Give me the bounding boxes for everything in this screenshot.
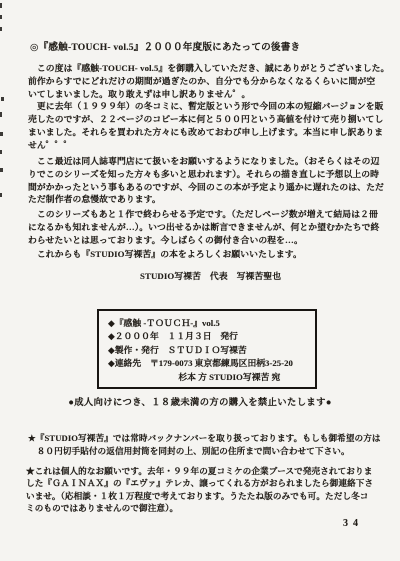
- scan-artifact: [0, 27, 2, 31]
- colophon-box: ◆『感触 -ＴＯＵＣＨ-』vol.5 ◆２０００年 １１月３日 発行 ◆製作・発…: [97, 309, 317, 389]
- scan-artifact: [0, 112, 2, 117]
- scan-artifact: [0, 193, 2, 197]
- title-text: 『感触-TOUCH- vol.5』２０００年度版にあたっての後書き: [39, 42, 301, 53]
- afterword-paragraph-3: このシリーズもあと１作で終わらせる予定です。（ただしページ数が増えて結局は２冊 …: [28, 208, 379, 246]
- scan-artifact: [1, 97, 4, 101]
- colophon-line-date: ◆２０００年 １１月３日 発行: [108, 330, 311, 343]
- page-number: 34: [343, 518, 363, 531]
- afterword-paragraph-2: ここ最近は同人誌専門店にて扱いをお願いするようになりました。（おそらくはその辺 …: [28, 155, 384, 206]
- footnote-backnumber: ★『STUDIO写裸苦』では常時バックナンバーを取り扱っております。もしも御希望…: [28, 432, 381, 457]
- colophon-line-title: ◆『感触 -ＴＯＵＣＨ-』vol.5: [108, 317, 311, 330]
- footnote-telecard-request: ★これは個人的なお願いです。去年・９９年の夏コミケの企業ブースで発売されておりま…: [26, 465, 373, 514]
- adult-only-notice: ●成人向けにつき、１８歳未満の方の購入を禁止いたします●: [0, 397, 400, 410]
- colophon-line-publisher: ◆製作・発行 ＳＴＵＤＩＯ写裸苦: [108, 344, 311, 357]
- afterword-paragraph-4: これからも『STUDIO写裸苦』の本をよろしくお願いいたします。: [28, 248, 302, 261]
- title-bullet-icon: ◎: [30, 42, 39, 53]
- scan-artifact: [0, 168, 3, 172]
- afterword-paragraph-1: この度は『感触-TOUCH- vol.5』を御購入していただき、誠にありがとうご…: [28, 62, 389, 152]
- afterword-title: ◎『感触-TOUCH- vol.5』２０００年度版にあたっての後書き: [30, 42, 300, 55]
- credit-line: STUDIO写裸苦 代表 写裸苦聖也: [140, 270, 281, 283]
- scan-artifact: [0, 150, 2, 154]
- scan-artifact: [0, 132, 3, 136]
- colophon-line-recipient: 杉本 方 STUDIO写裸苦 宛: [108, 371, 311, 384]
- scan-artifact: [0, 15, 2, 19]
- colophon-line-address: ◆連絡先 〒179-0073 東京都練馬区田柄3-25-20: [108, 357, 311, 370]
- footnote-telecard-pre: ★これは個人的なお願いです。去年・９９年の: [26, 466, 208, 476]
- scan-artifact: [0, 3, 2, 8]
- scanned-afterword-page: ◎『感触-TOUCH- vol.5』２０００年度版にあたっての後書き この度は『…: [0, 0, 400, 561]
- footnote-telecard-emphasis: 夏コミケ: [208, 466, 243, 476]
